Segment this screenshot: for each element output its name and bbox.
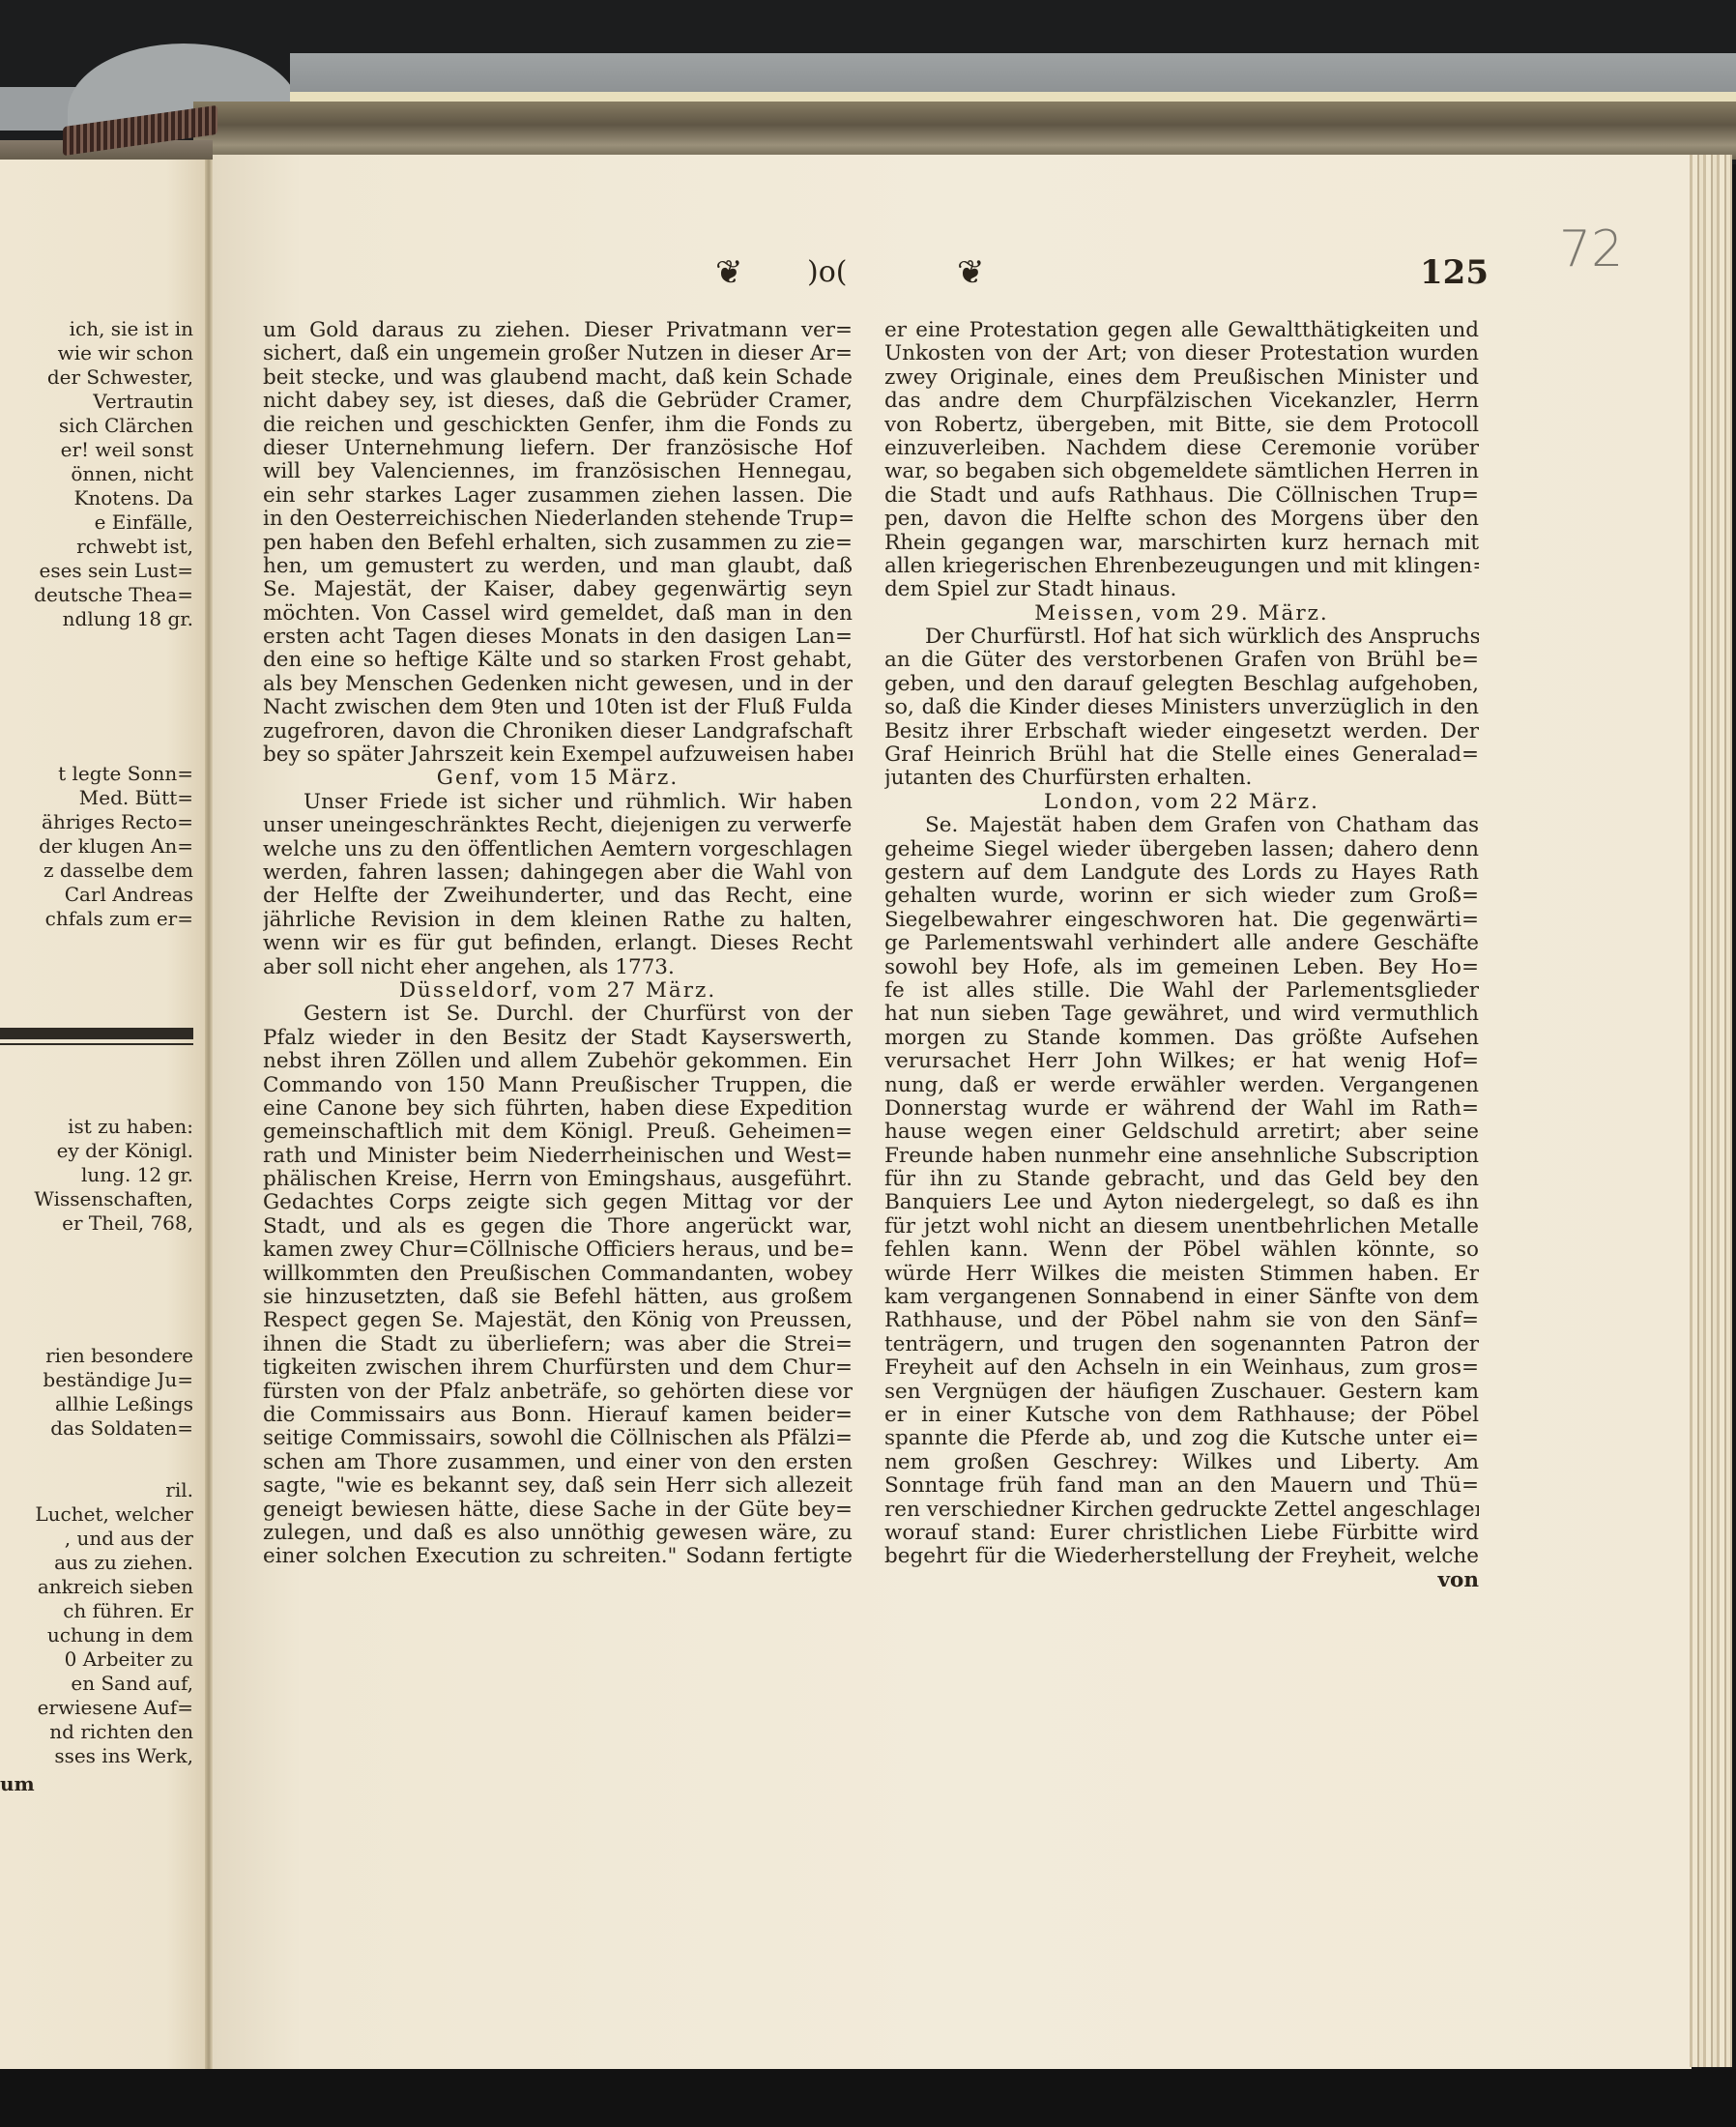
text-line: morgen zu Stande kommen. Das größte Aufs… [884, 1027, 1479, 1050]
text-line: Unser Friede ist sicher und rühmlich. Wi… [263, 791, 853, 814]
text-line: um Gold daraus zu ziehen. Dieser Privatm… [263, 319, 853, 342]
left-page-text-line: Wissenschaften, [0, 1187, 193, 1211]
left-page-text-line: chfals zum er= [0, 907, 193, 931]
separator-rule [0, 1028, 193, 1039]
text-line: Gestern ist Se. Durchl. der Churfürst vo… [263, 1003, 853, 1026]
shell-ornament-icon: ❦ [715, 253, 743, 292]
text-line: Sonntage früh fand man an den Mauern und… [884, 1474, 1479, 1498]
left-page-text-line: aus zu ziehen. [0, 1551, 193, 1575]
text-line: den eine so heftige Kälte und so starken… [263, 649, 853, 672]
text-line: willkommten den Preußischen Commandanten… [263, 1263, 853, 1286]
text-line: aber soll nicht eher angehen, als 1773. [263, 956, 853, 979]
text-line: will bey Valenciennes, im französischen … [263, 460, 853, 483]
text-line: geheime Siegel wieder übergeben lassen; … [884, 838, 1479, 861]
text-line: worauf stand: Eurer christlichen Liebe F… [884, 1522, 1479, 1545]
left-page-text-line: lung. 12 gr. [0, 1163, 193, 1187]
text-line: geneigt bewiesen hätte, diese Sache in d… [263, 1499, 853, 1522]
text-line: beit stecke, und was glaubend macht, daß… [263, 366, 853, 390]
text-line: zulegen, und daß es also unnöthig gewese… [263, 1522, 853, 1545]
left-page-text-line: , und aus der [0, 1527, 193, 1551]
text-line: von Robertz, übergeben, mit Bitte, sie d… [884, 414, 1479, 437]
page-stack-edge [1690, 155, 1732, 2067]
text-line: Se. Majestät, der Kaiser, dabey gegenwär… [263, 578, 853, 601]
text-line: einzuverleiben. Nachdem diese Ceremonie … [884, 437, 1479, 460]
left-page-text-line: allhie Leßings [0, 1392, 193, 1416]
text-line: ein sehr starkes Lager zusammen ziehen l… [263, 484, 853, 508]
text-line: für jetzt wohl nicht an diesem unentbehr… [884, 1215, 1479, 1238]
text-line: war, so begaben sich obgemeldete sämtlic… [884, 460, 1479, 483]
left-page-text-line: eses sein Lust= [0, 559, 193, 583]
text-line: Stadt, und als es gegen die Thore angerü… [263, 1215, 853, 1238]
text-line: werden, fahren lassen; dahingegen aber d… [263, 861, 853, 885]
left-page-text-line: ähriges Recto= [0, 810, 193, 834]
text-line: Unkosten von der Art; von dieser Protest… [884, 342, 1479, 365]
left-page-text-line: rchwebt ist, [0, 535, 193, 559]
header-divider: )o( [807, 255, 847, 289]
text-line: Banquiers Lee und Ayton niedergelegt, so… [884, 1191, 1479, 1214]
text-line: sagte, "wie es bekannt sey, daß sein Her… [263, 1474, 853, 1498]
text-line: würde Herr Wilkes die meisten Stimmen ha… [884, 1263, 1479, 1286]
text-line: ren verschiedner Kirchen gedruckte Zette… [884, 1499, 1479, 1522]
text-line: Besitz ihrer Erbschaft wieder eingesetzt… [884, 720, 1479, 743]
dateline-heading: London, vom 22 März. [884, 791, 1479, 814]
text-line: Donnerstag wurde er während der Wahl im … [884, 1097, 1479, 1121]
text-line: sichert, daß ein ungemein großer Nutzen … [263, 342, 853, 365]
text-line: für ihn zu Stande gebracht, und das Geld… [884, 1168, 1479, 1191]
left-page-text-line: sich Clärchen [0, 414, 193, 438]
text-line: Freunde haben nunmehr eine ansehnliche S… [884, 1145, 1479, 1168]
text-line: nicht dabey sey, ist dieses, daß die Geb… [263, 390, 853, 413]
left-page-text-line: Knotens. Da [0, 486, 193, 510]
text-line: Rathhause, und der Pöbel nahm sie von de… [884, 1309, 1479, 1332]
text-line: die Stadt und aufs Rathhaus. Die Cöllnis… [884, 484, 1479, 508]
left-text-block-5: ril.Luchet, welcher, und aus deraus zu z… [0, 1478, 193, 1768]
left-page-text-line: z dasselbe dem [0, 859, 193, 883]
text-line: pen haben den Befehl erhalten, sich zusa… [263, 532, 853, 555]
text-line: hause wegen einer Geldschuld arretirt; a… [884, 1121, 1479, 1144]
text-line: Freyheit auf den Achseln in ein Weinhaus… [884, 1356, 1479, 1380]
left-page-text-line: ndlung 18 gr. [0, 607, 193, 631]
left-page-text-line: ich, sie ist in [0, 317, 193, 341]
text-line: tigkeiten zwischen ihrem Churfürsten und… [263, 1356, 853, 1380]
text-line: nebst ihren Zöllen und allem Zubehör gek… [263, 1050, 853, 1073]
shell-ornament-icon: ❦ [957, 253, 985, 292]
text-line: so, daß die Kinder dieses Ministers unve… [884, 696, 1479, 719]
left-page-text-line: er! weil sonst [0, 438, 193, 462]
text-line: ihnen die Stadt zu überliefern; was aber… [263, 1333, 853, 1356]
text-line: allen kriegerischen Ehrenbezeugungen und… [884, 555, 1479, 578]
text-line: spannte die Pferde ab, und zog die Kutsc… [884, 1427, 1479, 1450]
text-line: nung, daß er werde erwähler werden. Verg… [884, 1074, 1479, 1097]
text-line: Nacht zwischen dem 9ten und 10ten ist de… [263, 696, 853, 719]
text-line: das andre dem Churpfälzischen Vicekanzle… [884, 390, 1479, 413]
text-line: Graf Heinrich Brühl hat die Stelle eines… [884, 743, 1479, 767]
text-line: kamen zwey Chur=Cöllnische Officiers her… [263, 1238, 853, 1262]
left-page: ich, sie ist inwie wir schonder Schweste… [0, 160, 208, 2079]
text-line: gestern auf dem Landgute des Lords zu Ha… [884, 861, 1479, 885]
text-line: rath und Minister beim Niederrheinischen… [263, 1145, 853, 1168]
book-board-edge [290, 92, 1736, 102]
dateline-heading: Genf, vom 15 März. [263, 767, 853, 790]
left-page-text-line: sses ins Werk, [0, 1744, 193, 1768]
left-page-text-line: önnen, nicht [0, 462, 193, 486]
text-line: tenträgern, und trugen den sogenannten P… [884, 1333, 1479, 1356]
left-page-text-line: en Sand auf, [0, 1672, 193, 1696]
text-line: Se. Majestät haben dem Grafen von Chatha… [884, 814, 1479, 837]
text-line: zugefroren, davon die Chroniken dieser L… [263, 720, 853, 743]
text-line: in den Oesterreichischen Niederlanden st… [263, 508, 853, 531]
text-line: jutanten des Churfürsten erhalten. [884, 767, 1479, 790]
text-line: jährliche Revision in dem kleinen Rathe … [263, 909, 853, 932]
text-line: Pfalz wieder in den Besitz der Stadt Kay… [263, 1027, 853, 1050]
text-line: Gedachtes Corps zeigte sich gegen Mittag… [263, 1191, 853, 1214]
text-line: an die Güter des verstorbenen Grafen von… [884, 649, 1479, 672]
left-page-text-line: beständige Ju= [0, 1368, 193, 1392]
dateline-heading: Meissen, vom 29. März. [884, 602, 1479, 626]
text-line: zwey Originale, eines dem Preußischen Mi… [884, 366, 1479, 390]
text-line: hen, um gemustert zu werden, und man gla… [263, 555, 853, 578]
column-left: um Gold daraus zu ziehen. Dieser Privatm… [263, 319, 853, 1569]
text-line: Siegelbewahrer eingeschworen hat. Die ge… [884, 909, 1479, 932]
left-page-text-line: e Einfälle, [0, 510, 193, 535]
running-header: ❦ )o( ❦ 125 [715, 253, 1489, 297]
text-line: phälischen Kreise, Herrn von Emingshaus,… [263, 1168, 853, 1191]
text-line: möchten. Von Cassel wird gemeldet, daß m… [263, 602, 853, 626]
text-line: ersten acht Tagen dieses Monats in den d… [263, 626, 853, 649]
separator-rule-thin [0, 1043, 193, 1045]
left-page-text-line: der klugen An= [0, 834, 193, 859]
left-page-text-line: ey der Königl. [0, 1139, 193, 1163]
left-page-text-line: Carl Andreas [0, 883, 193, 907]
left-page-text-line: 0 Arbeiter zu [0, 1647, 193, 1672]
text-line: unser uneingeschränktes Recht, diejenige… [263, 814, 853, 837]
left-page-text-line: der Schwester, [0, 365, 193, 390]
left-page-text-line: er Theil, 768, [0, 1211, 193, 1236]
left-page-text-line: t legte Sonn= [0, 762, 193, 786]
left-text-block-4: rien besonderebeständige Ju=allhie Leßin… [0, 1344, 193, 1441]
left-page-text-line: rien besondere [0, 1344, 193, 1368]
text-line: bey so später Jahrszeit kein Exempel auf… [263, 743, 853, 767]
book-cover-cloth [0, 87, 77, 131]
left-page-text-line: ist zu haben: [0, 1115, 193, 1139]
left-page-text-line: erwiesene Auf= [0, 1696, 193, 1720]
text-line: kam vergangenen Sonnabend in einer Sänft… [884, 1286, 1479, 1309]
book-gutter [205, 160, 213, 2079]
text-line: gehalten wurde, worinn er sich wieder zu… [884, 885, 1479, 908]
text-line: sen Vergnügen der häufigen Zuschauer. Ge… [884, 1381, 1479, 1404]
text-line: eine Canone bey sich führten, haben dies… [263, 1097, 853, 1121]
left-page-text-line: das Soldaten= [0, 1416, 193, 1441]
text-line: verursachet Herr John Wilkes; er hat wen… [884, 1050, 1479, 1073]
left-page-text-line: wie wir schon [0, 341, 193, 365]
left-page-text-line: ankreich sieben [0, 1575, 193, 1599]
handwritten-folio-number: 72 [1559, 220, 1623, 278]
scan-background-bottom [0, 2069, 1736, 2127]
left-page-text-line: Vertrautin [0, 390, 193, 414]
text-line: schen am Thore zusammen, und einer von d… [263, 1451, 853, 1474]
dateline-heading: Düsseldorf, vom 27 März. [263, 979, 853, 1003]
book-cover-cloth [290, 53, 1736, 97]
text-line: sowohl bey Hofe, als im gemeinen Leben. … [884, 956, 1479, 979]
text-line: als bey Menschen Gedenken nicht gewesen,… [263, 673, 853, 696]
text-line: einer solchen Execution zu schreiten." S… [263, 1545, 853, 1568]
text-line: fe ist alles stille. Die Wahl der Parlem… [884, 979, 1479, 1003]
page-number: 125 [1420, 253, 1489, 292]
left-page-text-line: nd richten den [0, 1720, 193, 1744]
text-line: begehrt für die Wiederherstellung der Fr… [884, 1545, 1479, 1568]
text-line: Rhein gegangen war, marschirten kurz her… [884, 532, 1479, 555]
left-text-block-2: t legte Sonn=Med. Bütt=ähriges Recto=der… [0, 762, 193, 931]
text-line: hat nun sieben Tage gewähret, und wird v… [884, 1003, 1479, 1026]
text-line: die Commissairs aus Bonn. Hierauf kamen … [263, 1404, 853, 1427]
text-line: er in einer Kutsche von dem Rathhause; d… [884, 1404, 1479, 1427]
left-page-text-line: ch führen. Er [0, 1599, 193, 1623]
text-line: dem Spiel zur Stadt hinaus. [884, 578, 1479, 601]
text-line: Respect gegen Se. Majestät, den König vo… [263, 1309, 853, 1332]
text-line: Der Churfürstl. Hof hat sich würklich de… [884, 626, 1479, 649]
text-line: welche uns zu den öffentlichen Aemtern v… [263, 838, 853, 861]
text-line: die reichen und geschickten Genfer, ihm … [263, 414, 853, 437]
left-page-text-line: deutsche Thea= [0, 583, 193, 607]
text-line: nem großen Geschrey: Wilkes und Liberty.… [884, 1451, 1479, 1474]
text-line: pen, davon die Helfte schon des Morgens … [884, 508, 1479, 531]
left-catchword: um [0, 1772, 193, 1796]
left-text-block-1: ich, sie ist inwie wir schonder Schweste… [0, 317, 193, 631]
left-text-block-3: ist zu haben:ey der Königl.lung. 12 gr.W… [0, 1115, 193, 1236]
left-page-text-line: uchung in dem [0, 1623, 193, 1647]
text-line: fehlen kann. Wenn der Pöbel wählen könnt… [884, 1238, 1479, 1262]
text-line: geben, und den darauf gelegten Beschlag … [884, 673, 1479, 696]
text-line: gemeinschaftlich mit dem Königl. Preuß. … [263, 1121, 853, 1144]
text-line: er eine Protestation gegen alle Gewaltth… [884, 319, 1479, 342]
text-line: fürsten von der Pfalz anbeträfe, so gehö… [263, 1381, 853, 1404]
page-block-top-edge [193, 102, 1736, 160]
text-line: seitige Commissairs, sowohl die Cöllnisc… [263, 1427, 853, 1450]
text-line: dieser Unternehmung liefern. Der französ… [263, 437, 853, 460]
text-line: ge Parlementswahl verhindert alle andere… [884, 932, 1479, 955]
left-page-text-line: Luchet, welcher [0, 1502, 193, 1527]
left-page-text-line: ril. [0, 1478, 193, 1502]
text-line: wenn wir es für gut befinden, erlangt. D… [263, 932, 853, 955]
text-line: der Helfte der Zweihunderter, und das Re… [263, 885, 853, 908]
column-right: er eine Protestation gegen alle Gewaltth… [884, 319, 1479, 1592]
text-line: sie hinzusetzten, daß sie Befehl hätten,… [263, 1286, 853, 1309]
catchword: von [884, 1569, 1479, 1592]
left-page-text-line: Med. Bütt= [0, 786, 193, 810]
text-line: Commando von 150 Mann Preußischer Truppe… [263, 1074, 853, 1097]
